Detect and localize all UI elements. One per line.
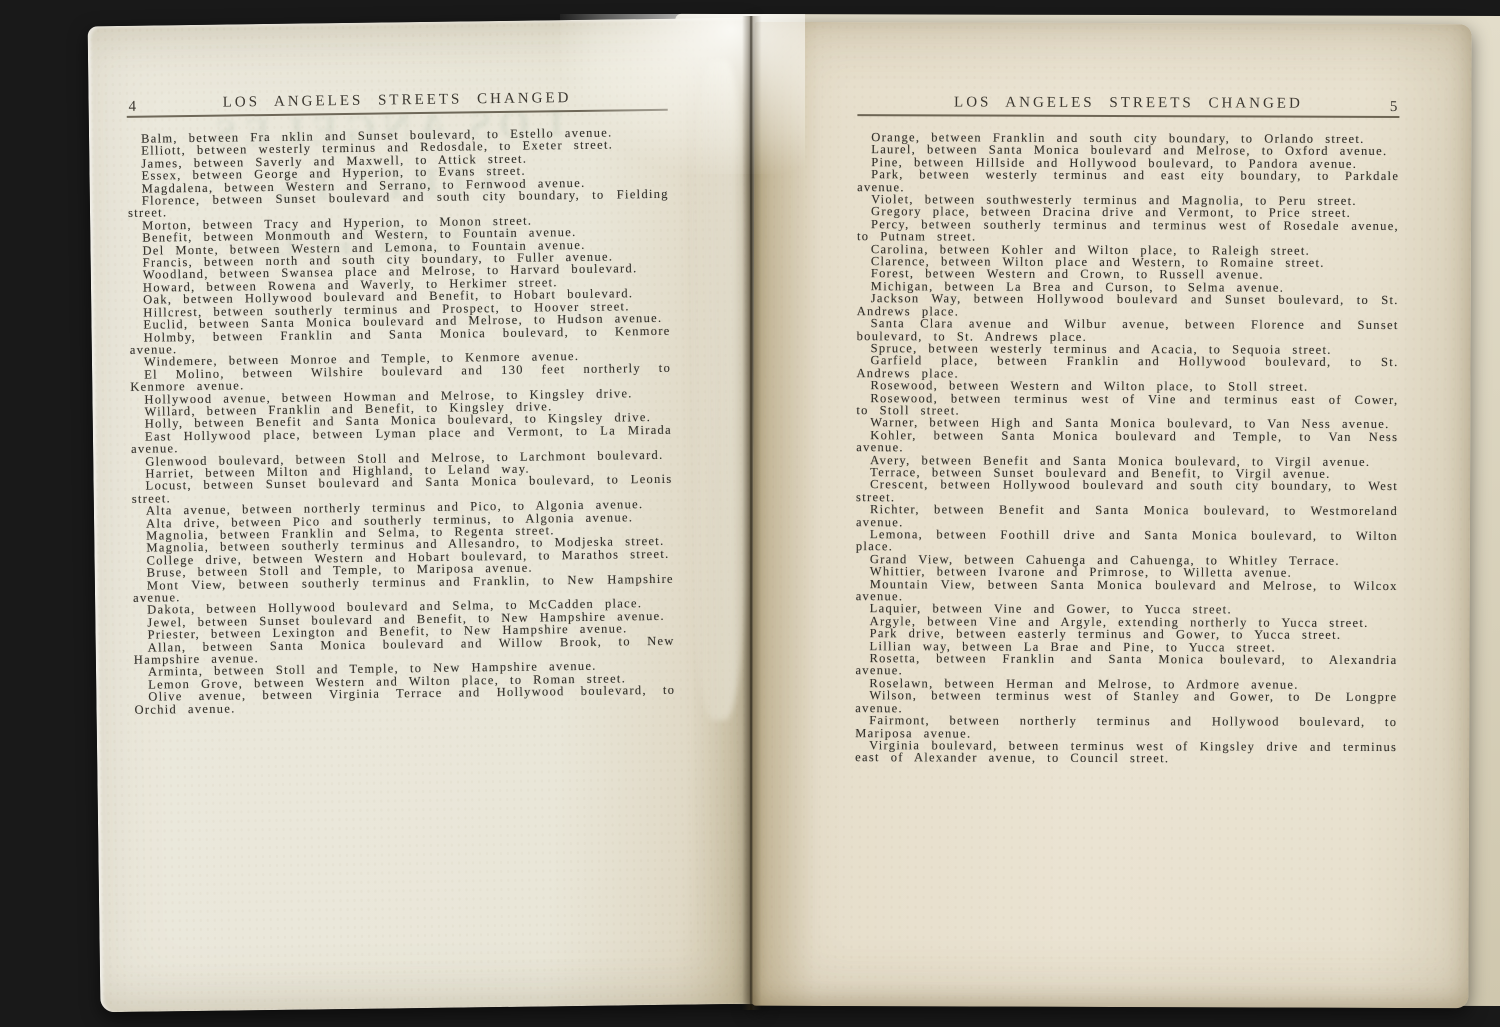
street-entry: Lemona, between Foothill drive and Santa… [856,528,1398,555]
running-header-right: LOS ANGELES STREETS CHANGED 5 [857,94,1399,118]
street-entry: Kohler, between Santa Monica boulevard a… [856,429,1398,456]
street-entry: Garfield place, between Franklin and Hol… [856,354,1398,381]
page-right: LOS ANGELES STREETS CHANGED 5 Orange, be… [751,22,1471,1008]
street-entry: Rosetta, between Franklin and Santa Moni… [855,652,1397,679]
street-entries-list-right: Orange, between Franklin and south city … [855,131,1399,766]
street-entry: Virginia boulevard, between terminus wes… [855,739,1397,766]
running-header-left: 4 LOS ANGELES STREETS CHANGED [126,89,667,118]
page-number-right: 5 [1390,99,1398,116]
street-entry: Crescent, between Hollywood boulevard an… [856,478,1398,505]
page-right-content: LOS ANGELES STREETS CHANGED 5 Orange, be… [855,94,1399,766]
street-entries-list-left: Balm, between Fra nklin and Sunset boule… [127,126,676,716]
street-entry: Jackson Way, between Hollywood boulevard… [857,292,1399,319]
street-entry: Rosewood, between terminus west of Vine … [856,392,1398,419]
page-left-content: 4 LOS ANGELES STREETS CHANGED Balm, betw… [126,89,675,716]
running-header-title: LOS ANGELES STREETS CHANGED [126,89,667,113]
running-header-title: LOS ANGELES STREETS CHANGED [857,94,1399,113]
street-entry: Richter, between Benefit and Santa Monic… [856,503,1398,530]
street-entry: Mountain View, between Santa Monica boul… [856,578,1398,605]
street-entry: Percy, between southerly terminus and te… [857,218,1399,245]
street-entry: Santa Clara avenue and Wilbur avenue, be… [857,317,1399,344]
book-spread: LOS ANGELES STREETS CHANGED 4 LOS ANGELE… [92,10,1482,1010]
street-entry: Olive avenue, between Virginia Terrace a… [134,684,675,716]
street-entry: Wilson, between terminus west of Stanley… [855,689,1397,716]
street-entry: Park, between westerly terminus and east… [857,168,1399,195]
street-entry: Fairmont, between northerly terminus and… [855,714,1397,741]
page-left: LOS ANGELES STREETS CHANGED 4 LOS ANGELE… [88,18,761,1013]
page-number-left: 4 [129,99,137,116]
